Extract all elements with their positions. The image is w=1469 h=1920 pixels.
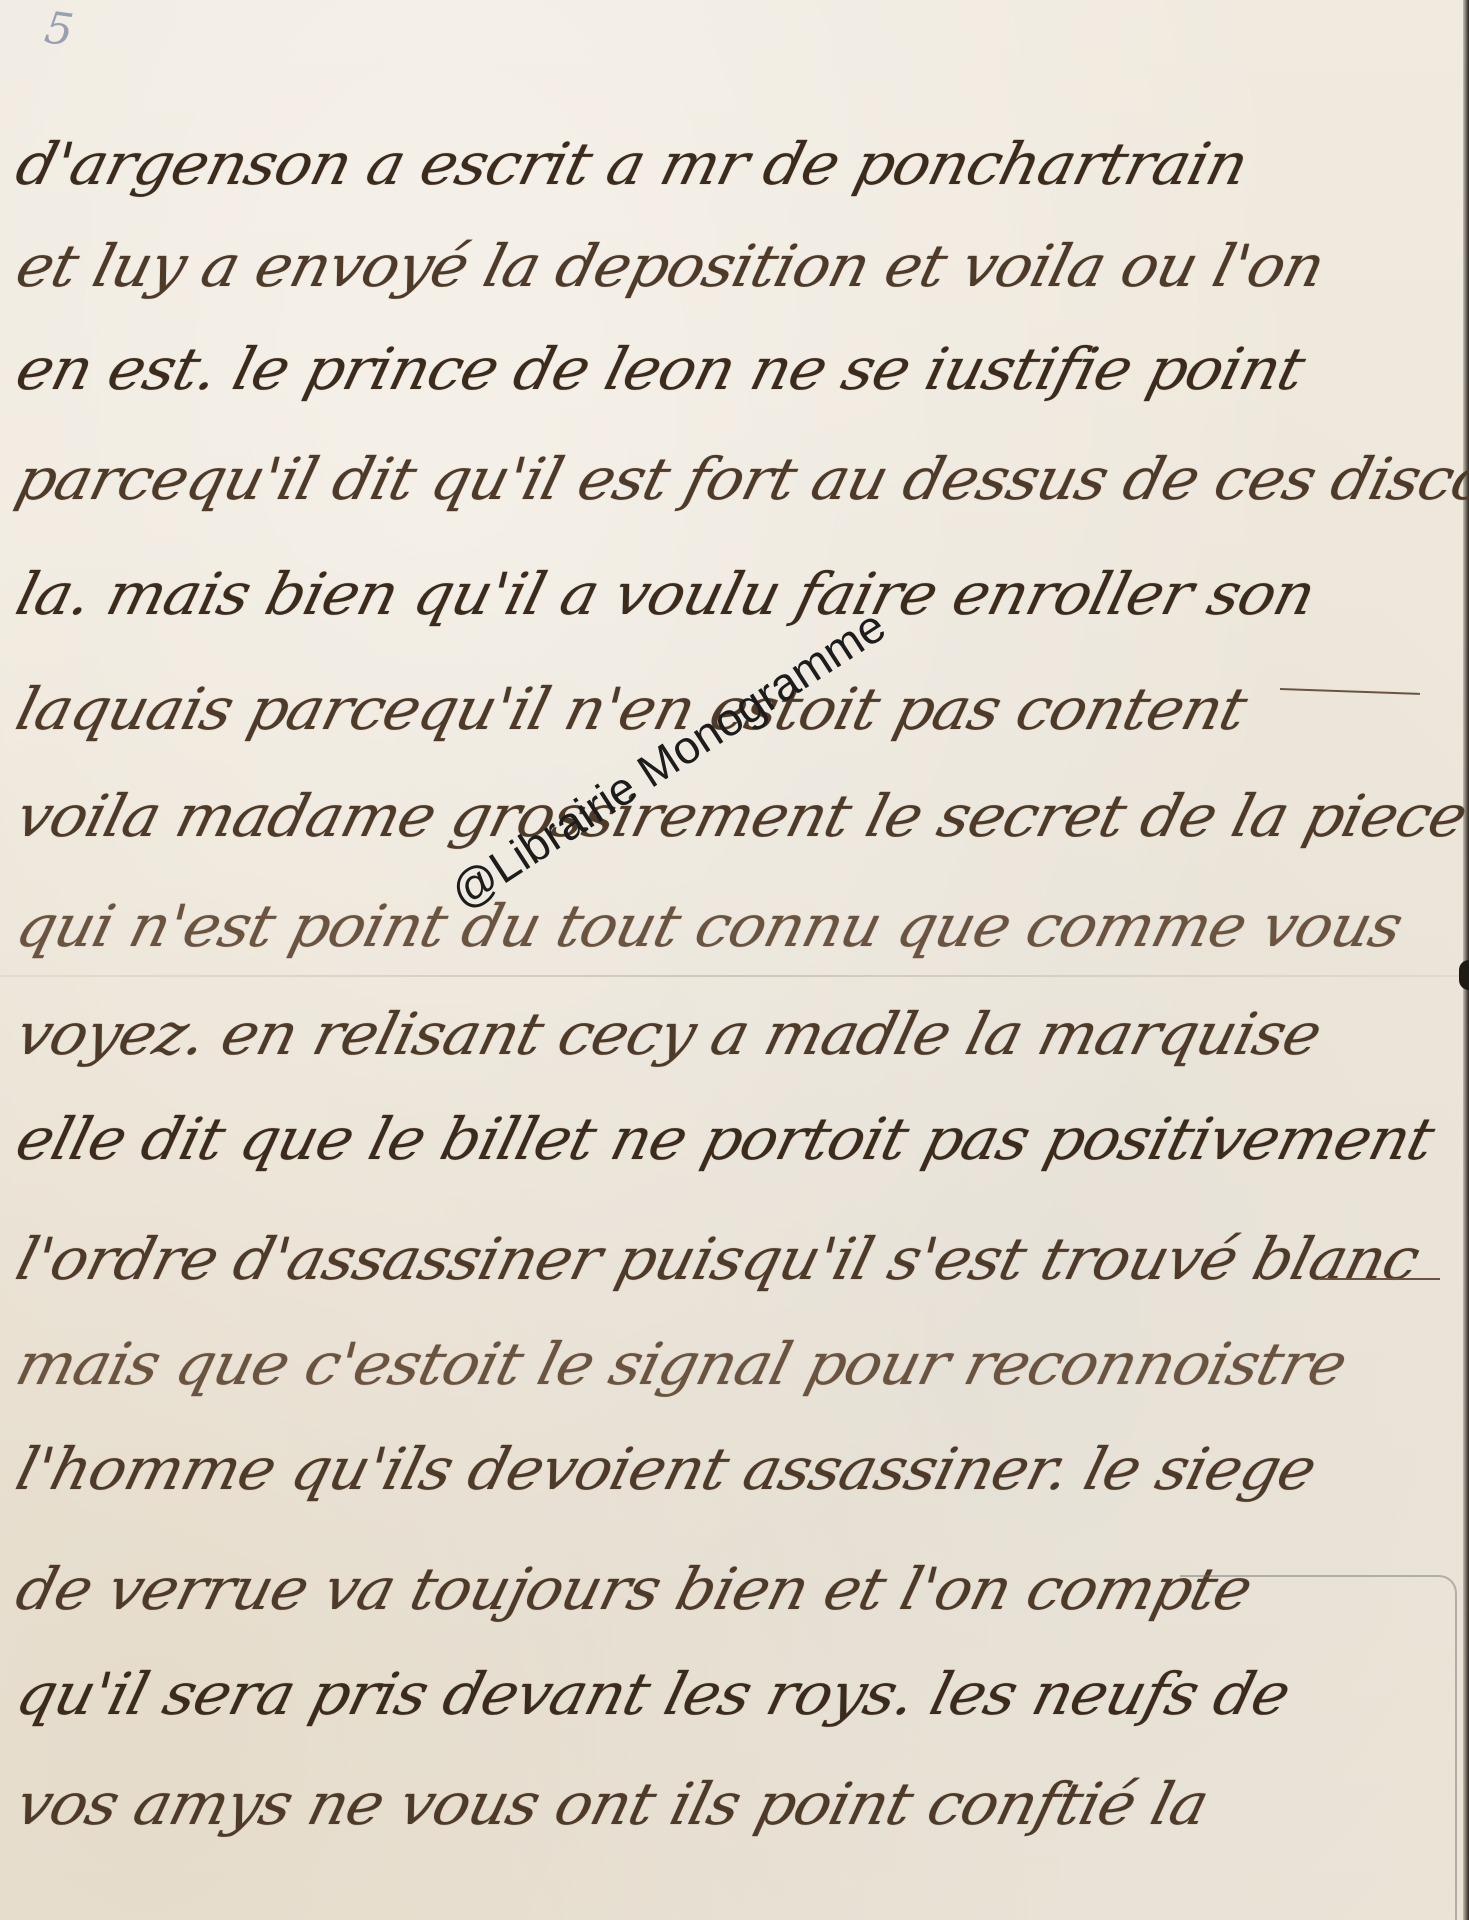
manuscript-line-1: d'argenson a escrit a mr de ponchartrain [10,130,1255,198]
manuscript-line-15: qu'il sera pris devant les roys. les neu… [10,1660,1297,1728]
manuscript-line-10: elle dit que le billet ne portoit pas po… [10,1105,1441,1173]
watermark: @Librairie Monogramme [440,598,895,919]
manuscript-line-8: qui n'est point du tout connu que comme … [10,892,1409,960]
line-flourish [1280,688,1420,695]
fold-line [0,975,1469,977]
page-number: 5 [42,2,77,56]
manuscript-line-14: de verrue va toujours bien et l'on compt… [10,1555,1259,1623]
manuscript-line-16: vos amys ne vous ont ils point conftié l… [10,1770,1215,1838]
manuscript-line-4: parcequ'il dit qu'il est fort au dessus … [10,445,1469,513]
manuscript-line-7: voila madame grossirement le secret de l… [10,782,1469,850]
manuscript-line-2: et luy a envoyé la deposition et voila o… [10,232,1331,300]
manuscript-line-9: voyez. en relisant cecy a madle la marqu… [10,1000,1328,1068]
line-flourish [1320,1278,1440,1280]
manuscript-line-11: l'ordre d'assassiner puisqu'il s'est tro… [10,1225,1426,1293]
manuscript-line-12: mais que c'estoit le signal pour reconno… [10,1330,1354,1398]
manuscript-line-3: en est. le prince de leon ne se iustifie… [10,335,1311,403]
manuscript-page: 5 d'argenson a escrit a mr de ponchartra… [0,0,1469,1920]
manuscript-line-5: la. mais bien qu'il a voulu faire enroll… [10,560,1322,628]
pencil-margin-mark [1180,1575,1457,1920]
manuscript-line-6: laquais parcequ'il n'en estoit pas conte… [10,675,1254,743]
page-notch [1459,960,1469,990]
manuscript-line-13: l'homme qu'ils devoient assassiner. le s… [10,1435,1323,1503]
